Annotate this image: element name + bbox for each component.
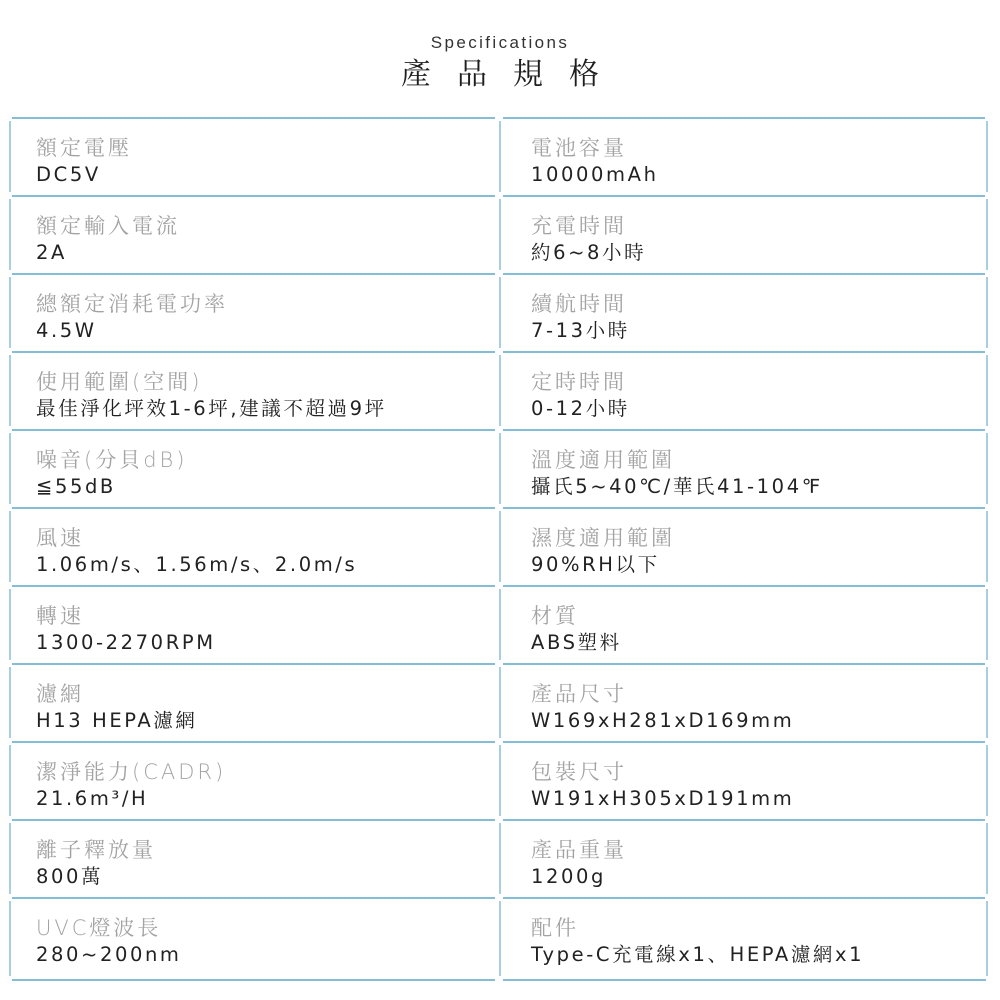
spec-value: W191xH305xD191mm [531,787,794,811]
spec-label: 總額定消耗電功率 [36,292,228,316]
spec-row: 風速 1.06m/s、1.56m/s、2.0m/s 濕度適用範圍 90%RH以下 [9,507,989,585]
spec-row: 總額定消耗電功率 4.5W 續航時間 7-13小時 [9,273,989,351]
divider [503,273,985,275]
divider [499,823,501,894]
divider [12,195,495,197]
divider [9,823,11,894]
divider [9,901,11,976]
spec-value: 21.6m³/H [36,787,148,811]
divider [499,511,501,582]
spec-label: 充電時間 [531,214,627,238]
divider [503,663,985,665]
spec-value: 2A [36,241,67,265]
spec-table: 額定電壓 DC5V 電池容量 10000mAh 額定輸入電流 2A 充電時間 約… [9,117,989,979]
spec-value: 800萬 [36,865,103,889]
divider [503,117,985,119]
spec-cell-coverage-area: 使用範圍(空間) 最佳淨化坪效1-6坪,建議不超過9坪 [9,351,499,429]
spec-value: 7-13小時 [531,319,630,343]
divider [986,355,988,426]
spec-label: 額定輸入電流 [36,214,180,238]
divider [12,897,495,899]
spec-label: 定時時間 [531,370,627,394]
spec-value: 最佳淨化坪效1-6坪,建議不超過9坪 [36,397,387,421]
divider [499,121,501,192]
divider [503,195,985,197]
spec-row: 額定電壓 DC5V 電池容量 10000mAh [9,117,989,195]
spec-cell-battery-capacity: 電池容量 10000mAh [499,117,989,195]
divider [499,433,501,504]
spec-label: 風速 [36,526,84,550]
divider [12,585,495,587]
divider [9,121,11,192]
divider [986,511,988,582]
spec-cell-rated-input-current: 額定輸入電流 2A [9,195,499,273]
divider [12,741,495,743]
divider [499,589,501,660]
divider [12,429,495,431]
spec-row: 噪音(分貝dB) ≦55dB 溫度適用範圍 攝氏5~40℃/華氏41-104℉ [9,429,989,507]
spec-cell-accessories: 配件 Type-C充電線x1、HEPA濾網x1 [499,897,989,979]
spec-cell-noise: 噪音(分貝dB) ≦55dB [9,429,499,507]
divider [12,117,495,119]
spec-value: ABS塑料 [531,631,622,655]
spec-cell-uvc-wavelength: UVC燈波長 280~200nm [9,897,499,979]
spec-value: 10000mAh [531,163,659,187]
spec-cell-charging-time: 充電時間 約6~8小時 [499,195,989,273]
divider [12,351,495,353]
spec-label: 額定電壓 [36,136,132,160]
divider [499,901,501,976]
spec-cell-timer: 定時時間 0-12小時 [499,351,989,429]
spec-cell-wind-speed: 風速 1.06m/s、1.56m/s、2.0m/s [9,507,499,585]
spec-label: UVC燈波長 [36,916,161,940]
divider [986,277,988,348]
spec-label: 噪音(分貝dB) [36,448,187,472]
spec-row: 額定輸入電流 2A 充電時間 約6~8小時 [9,195,989,273]
spec-row: UVC燈波長 280~200nm 配件 Type-C充電線x1、HEPA濾網x1 [9,897,989,979]
spec-label: 濕度適用範圍 [531,526,675,550]
divider [499,667,501,738]
spec-row: 濾網 H13 HEPA濾網 產品尺寸 W169xH281xD169mm [9,663,989,741]
spec-label: 包裝尺寸 [531,760,627,784]
divider [986,745,988,816]
divider [503,351,985,353]
divider [503,429,985,431]
spec-cell-rotation-speed: 轉速 1300-2270RPM [9,585,499,663]
divider [9,433,11,504]
divider [9,277,11,348]
spec-value: DC5V [36,163,101,187]
spec-label: 材質 [531,604,579,628]
spec-value: 280~200nm [36,943,182,967]
divider [986,433,988,504]
spec-cell-material: 材質 ABS塑料 [499,585,989,663]
spec-value: 90%RH以下 [531,553,660,577]
divider [986,121,988,192]
spec-label: 濾網 [36,682,84,706]
spec-value: W169xH281xD169mm [531,709,794,733]
divider [503,585,985,587]
divider [12,507,495,509]
divider [9,667,11,738]
divider [12,663,495,665]
divider [499,355,501,426]
spec-label: 產品尺寸 [531,682,627,706]
spec-label: 產品重量 [531,838,627,862]
divider [503,507,985,509]
spec-value: 0-12小時 [531,397,630,421]
divider [9,355,11,426]
spec-cell-cadr: 潔淨能力(CADR) 21.6m³/H [9,741,499,819]
divider [499,199,501,270]
page-title: 產品規格 [0,56,1000,94]
spec-cell-product-weight: 產品重量 1200g [499,819,989,897]
spec-cell-ion-release: 離子釋放量 800萬 [9,819,499,897]
spec-label: 溫度適用範圍 [531,448,675,472]
spec-cell-humidity-range: 濕度適用範圍 90%RH以下 [499,507,989,585]
divider [986,589,988,660]
spec-value: 攝氏5~40℃/華氏41-104℉ [531,475,823,499]
spec-cell-filter: 濾網 H13 HEPA濾網 [9,663,499,741]
spec-label: 離子釋放量 [36,838,156,862]
spec-value: ≦55dB [36,475,116,499]
spec-value: 1.06m/s、1.56m/s、2.0m/s [36,553,357,577]
divider [12,979,495,981]
spec-value: 1200g [531,865,606,889]
divider [503,741,985,743]
divider [503,819,985,821]
spec-label: 潔淨能力(CADR) [36,760,226,784]
spec-row: 使用範圍(空間) 最佳淨化坪效1-6坪,建議不超過9坪 定時時間 0-12小時 [9,351,989,429]
spec-label: 使用範圍(空間) [36,370,202,394]
divider [9,745,11,816]
spec-cell-battery-life: 續航時間 7-13小時 [499,273,989,351]
divider [9,199,11,270]
spec-row: 轉速 1300-2270RPM 材質 ABS塑料 [9,585,989,663]
page-subtitle: Specifications [0,32,1000,54]
spec-label: 轉速 [36,604,84,628]
divider [986,823,988,894]
page-header: Specifications 產品規格 [0,32,1000,94]
divider [9,589,11,660]
spec-value: Type-C充電線x1、HEPA濾網x1 [531,943,864,967]
spec-row: 潔淨能力(CADR) 21.6m³/H 包裝尺寸 W191xH305xD191m… [9,741,989,819]
divider [986,199,988,270]
spec-cell-product-size: 產品尺寸 W169xH281xD169mm [499,663,989,741]
spec-label: 配件 [531,916,579,940]
divider [986,901,988,976]
divider [499,745,501,816]
divider [12,819,495,821]
divider [503,979,986,981]
spec-value: H13 HEPA濾網 [36,709,198,733]
divider [499,277,501,348]
divider [986,667,988,738]
spec-cell-package-size: 包裝尺寸 W191xH305xD191mm [499,741,989,819]
spec-value: 1300-2270RPM [36,631,216,655]
spec-value: 4.5W [36,319,97,343]
spec-value: 約6~8小時 [531,241,646,265]
spec-cell-rated-voltage: 額定電壓 DC5V [9,117,499,195]
divider [503,897,985,899]
spec-label: 電池容量 [531,136,627,160]
spec-cell-power-consumption: 總額定消耗電功率 4.5W [9,273,499,351]
spec-label: 續航時間 [531,292,627,316]
divider [12,273,495,275]
spec-row: 離子釋放量 800萬 產品重量 1200g [9,819,989,897]
spec-cell-temperature-range: 溫度適用範圍 攝氏5~40℃/華氏41-104℉ [499,429,989,507]
divider [9,511,11,582]
